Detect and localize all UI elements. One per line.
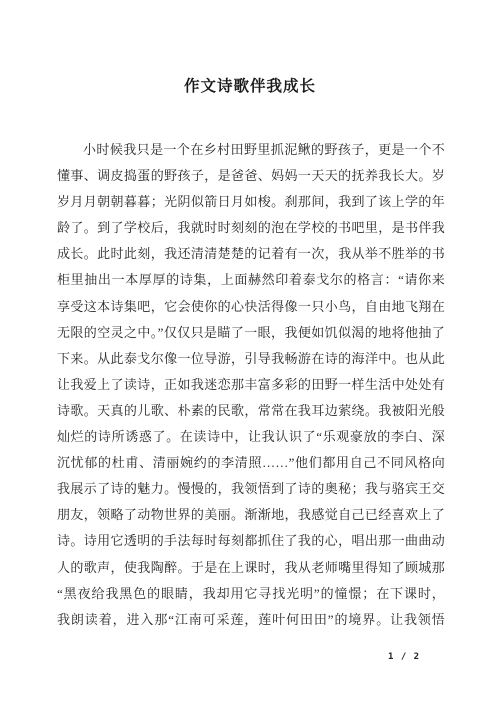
- body-line: 朋友，领略了动物世界的美丽。渐渐地，我感觉自己已经喜欢上了: [57, 502, 445, 528]
- document-title: 作文诗歌伴我成长: [0, 0, 500, 96]
- document-body: 小时候我只是一个在乡村田野里抓泥鳅的野孩子，更是一个不 懂事、调皮捣蛋的野孩子，…: [57, 137, 445, 633]
- page-number: 1 / 2: [388, 652, 420, 662]
- body-line: 无限的空灵之中。”仅仅只是瞄了一眼，我便如饥似渴的地将他抽了: [57, 320, 445, 346]
- body-line: 让我爱上了读诗，正如我迷恋那丰富多彩的田野一样生活中处处有: [57, 372, 445, 398]
- body-line: 我朗读着，进入那“江南可采莲，莲叶何田田”的境界。让我领悟: [57, 607, 445, 633]
- body-line: 柜里抽出一本厚厚的诗集，上面赫然印着泰戈尔的格言：“请你来: [57, 267, 445, 293]
- body-line: 岁月月朝朝暮暮；光阴似箭日月如梭。刹那间，我到了该上学的年: [57, 189, 445, 215]
- body-line: 我展示了诗的魅力。慢慢的，我领悟到了诗的奥秘；我与骆宾王交: [57, 476, 445, 502]
- body-line: 龄了。到了学校后，我就时时刻刻的泡在学校的书吧里，是书伴我: [57, 215, 445, 241]
- body-line: 成长。此时此刻，我还清清楚楚的记着有一次，我从举不胜举的书: [57, 241, 445, 267]
- body-line: 诗歌。天真的儿歌、朴素的民歌，常常在我耳边萦绕。我被阳光般: [57, 398, 445, 424]
- body-line: 沉忧郁的杜甫、清丽婉约的李清照……”他们都用自己不同风格向: [57, 450, 445, 476]
- body-line: 懂事、调皮捣蛋的野孩子，是爸爸、妈妈一天天的抚养我长大。岁: [57, 163, 445, 189]
- body-line: 小时候我只是一个在乡村田野里抓泥鳅的野孩子，更是一个不: [57, 137, 445, 163]
- body-line: 下来。从此泰戈尔像一位导游，引导我畅游在诗的海洋中。也从此: [57, 346, 445, 372]
- body-line: 诗。诗用它透明的手法每时每刻都抓住了我的心，唱出那一曲曲动: [57, 528, 445, 554]
- body-line: 人的歌声，使我陶醉。于是在上课时，我从老师嘴里得知了顾城那: [57, 555, 445, 581]
- body-line: 享受这本诗集吧，它会使你的心快活得像一只小鸟，自由地飞翔在: [57, 294, 445, 320]
- body-line: “黑夜给我黑色的眼睛，我却用它寻找光明”的憧憬；在下课时，: [57, 581, 445, 607]
- document-page: 作文诗歌伴我成长 小时候我只是一个在乡村田野里抓泥鳅的野孩子，更是一个不 懂事、…: [0, 0, 500, 707]
- body-line: 灿烂的诗所诱惑了。在读诗中，让我认识了“乐观豪放的李白、深: [57, 424, 445, 450]
